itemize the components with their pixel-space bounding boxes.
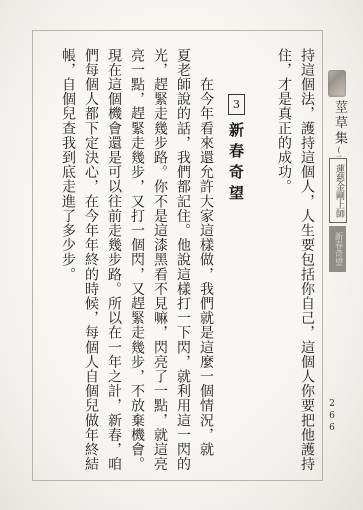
book-title-text: 莖草集 (332, 100, 347, 147)
text-columns: 持這個法，護持這個人，人生要包括你自己，這個人你要把他護持住，才是真正的成功。3… (36, 48, 318, 472)
text-column: 持這個法，護持這個人，人生要包括你自己，這個人你要把他護持 (295, 48, 318, 472)
text-column: 亮一點，趕緊走幾步，又打一個閃，又趕緊走幾步，不放棄機會。 (125, 48, 148, 472)
text-column: 夏老師說的話，我們都記住。他說這樣打一下閃，就利用這一閃的 (171, 48, 194, 472)
text-column: 在今年看來還允許大家這樣做，我們就是這麼一個情況，就 (194, 48, 217, 472)
publisher-seal-icon (328, 70, 346, 97)
section-heading-column: 3新春奇望 (222, 48, 250, 510)
text-column: 住，才是真正的成功。 (272, 48, 295, 472)
chapter-tab: 新春奇望 (329, 226, 346, 272)
section-title: 新春奇望 (227, 122, 245, 206)
author-label-box: 蓮慈金剛上師 (329, 158, 347, 223)
section-number-box: 3 (228, 94, 245, 115)
text-column: 現在這個機會還是可以往前走幾步路。所以在一年之計，新春，咱 (102, 48, 125, 472)
text-column: 帳，自個兒查我到底走進了多少步。 (56, 48, 79, 472)
text-column: 光，趕緊走幾步路。你不是這漆黑看不見嘛，閃亮了一點，就這亮 (148, 48, 171, 472)
text-column: 們每個人都下定決心，在今年年終的時候，每個人自個兒做年終結 (79, 48, 102, 472)
page-number: 266 (327, 399, 337, 435)
book-page: 持這個法，護持這個人，人生要包括你自己，這個人你要把他護持住，才是真正的成功。3… (0, 0, 363, 510)
